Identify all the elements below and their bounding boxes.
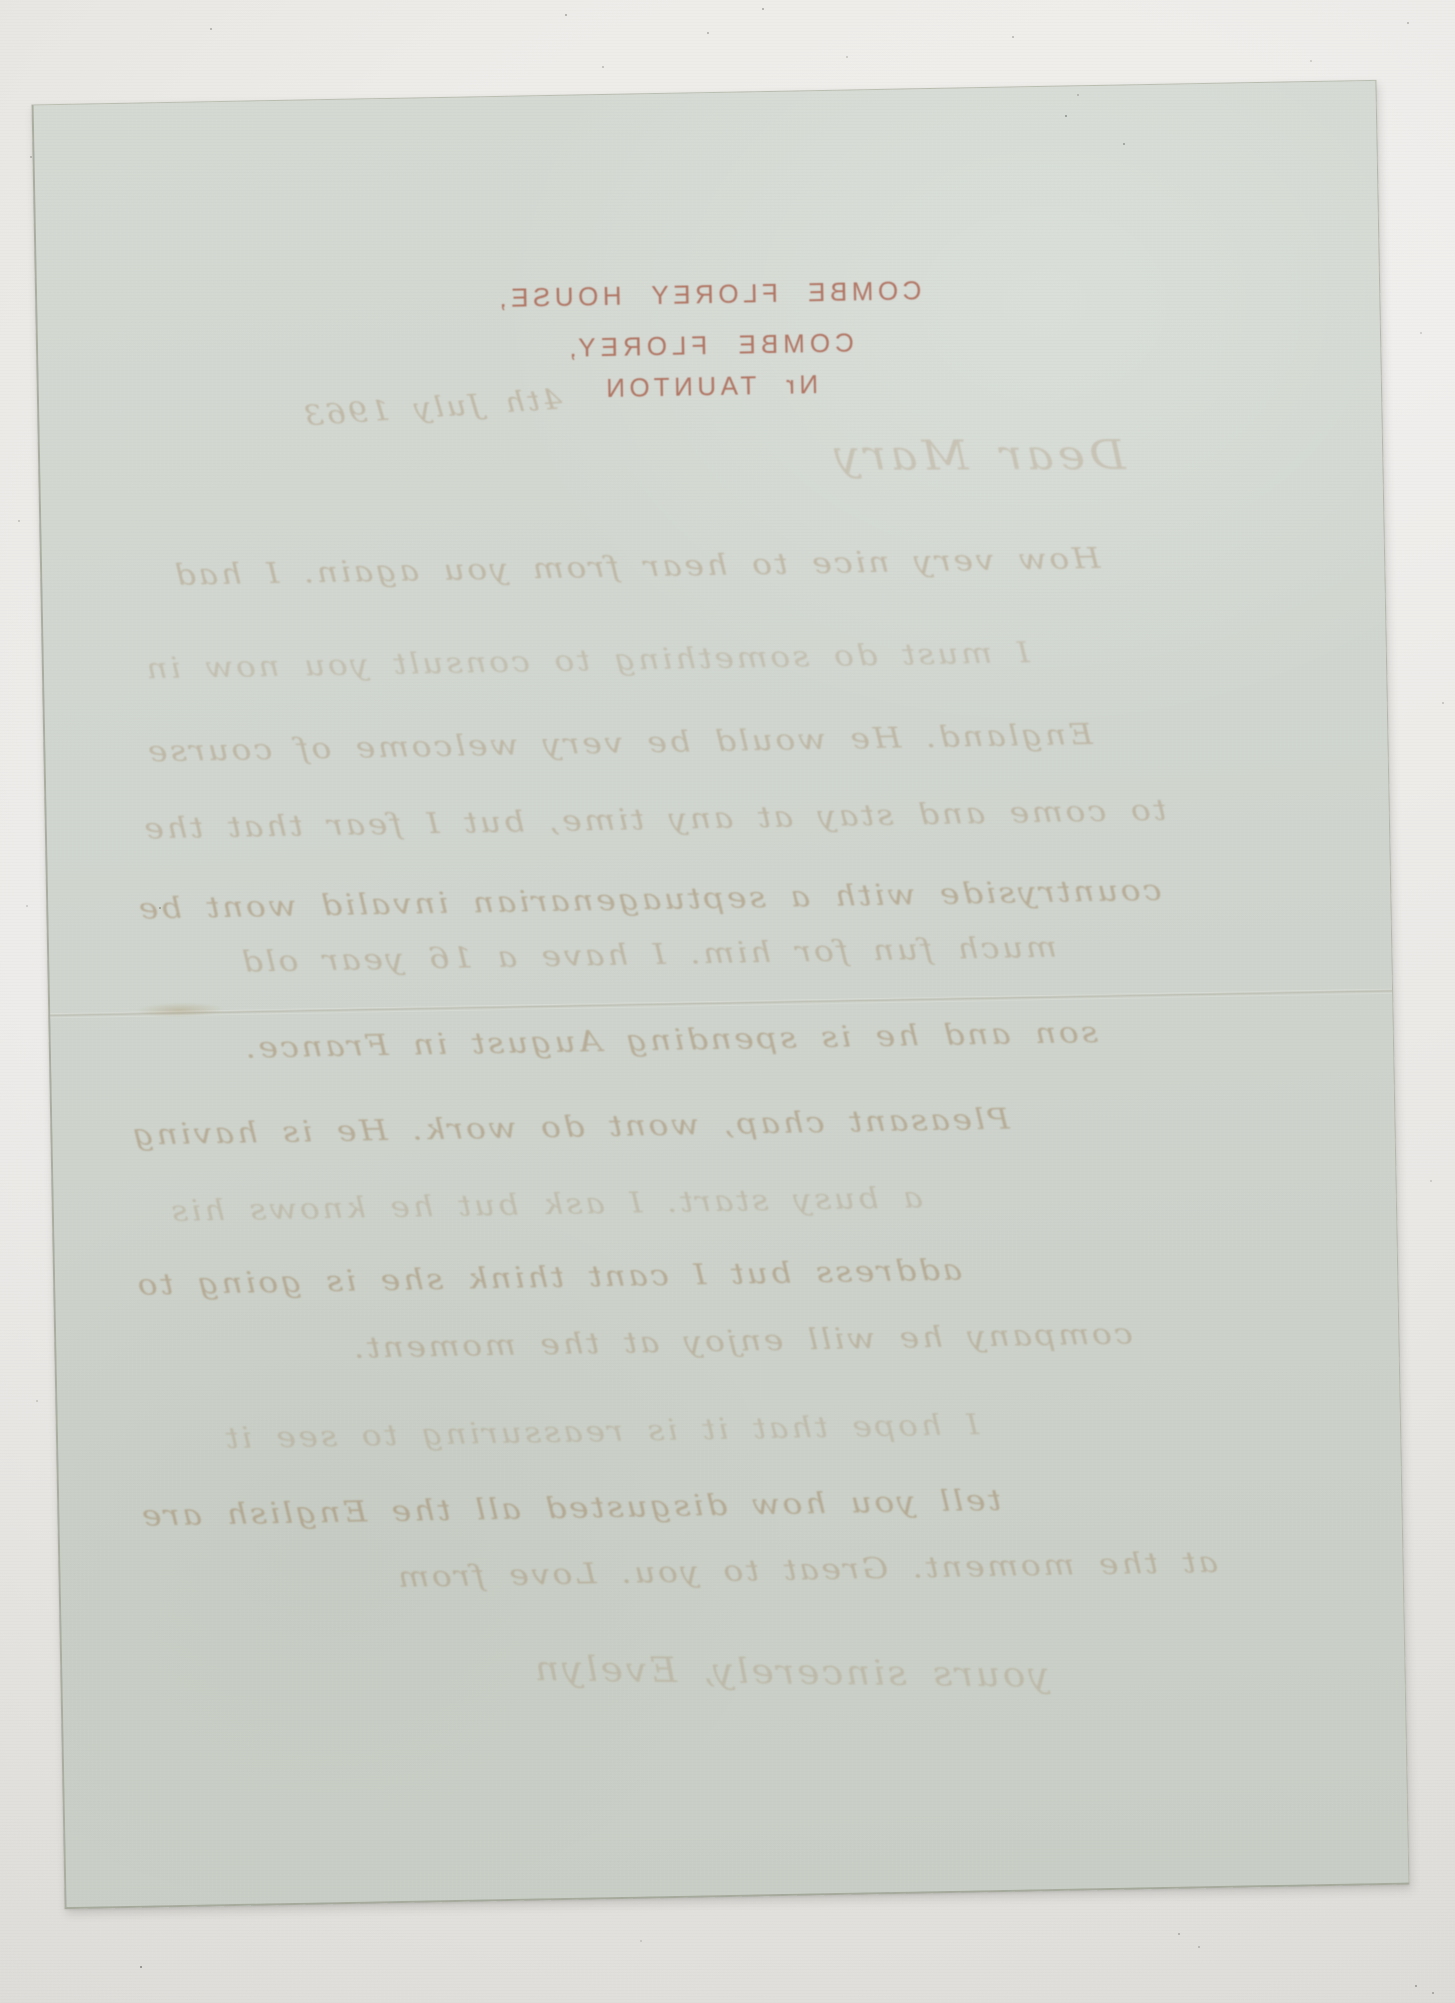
ghost-handwriting-line: son and he is spending August in France. (243, 1014, 1099, 1064)
ghost-handwriting-line: address but I cant think she is going to (135, 1252, 962, 1301)
ghost-handwriting-line: a busy start. I ask but he knows his (169, 1180, 924, 1228)
ghost-handwriting-line: tell you how disgusted all the English a… (139, 1482, 1001, 1532)
ghost-handwriting-line: I hope that it is reassuring to see it (223, 1407, 980, 1455)
ghost-handwriting-line: to come and stay at any time, but I fear… (142, 792, 1167, 845)
ghost-handwriting-line: How very nice to hear from you again. I … (172, 540, 1101, 591)
ghost-handwriting-line: at the moment. Great to you. Love from (395, 1544, 1218, 1593)
dust-specks (0, 0, 2, 2)
ghost-handwriting-signature: yours sincerely, Evelyn (532, 1649, 1050, 1695)
ghost-handwriting-greeting: Dear Mary (830, 431, 1126, 480)
ghost-handwriting-line: much fun for him. I have a 16 year old (239, 929, 1057, 978)
photo-of-letter-verso: COMBE FLOREY HOUSE, COMBE FLOREY, Nr TAU… (0, 0, 1455, 2003)
ghost-handwriting-line: Pleasant chap, wont do work. He is havin… (130, 1101, 1010, 1151)
letter-sheet: COMBE FLOREY HOUSE, COMBE FLOREY, Nr TAU… (32, 80, 1410, 1909)
ghost-handwriting-line: company he will enjoy at the moment. (351, 1316, 1133, 1365)
letterhead-line-1: COMBE FLOREY HOUSE, (37, 267, 1379, 323)
ghost-handwriting-line: I must do something to consult you now i… (144, 635, 1030, 686)
ghost-handwriting-line: countryside with a septuagenarian invali… (136, 872, 1162, 925)
ghost-handwriting-line: England. He would be very welcome of cou… (145, 716, 1093, 768)
fold-crease-stain (120, 999, 240, 1021)
fold-crease (50, 989, 1392, 1019)
